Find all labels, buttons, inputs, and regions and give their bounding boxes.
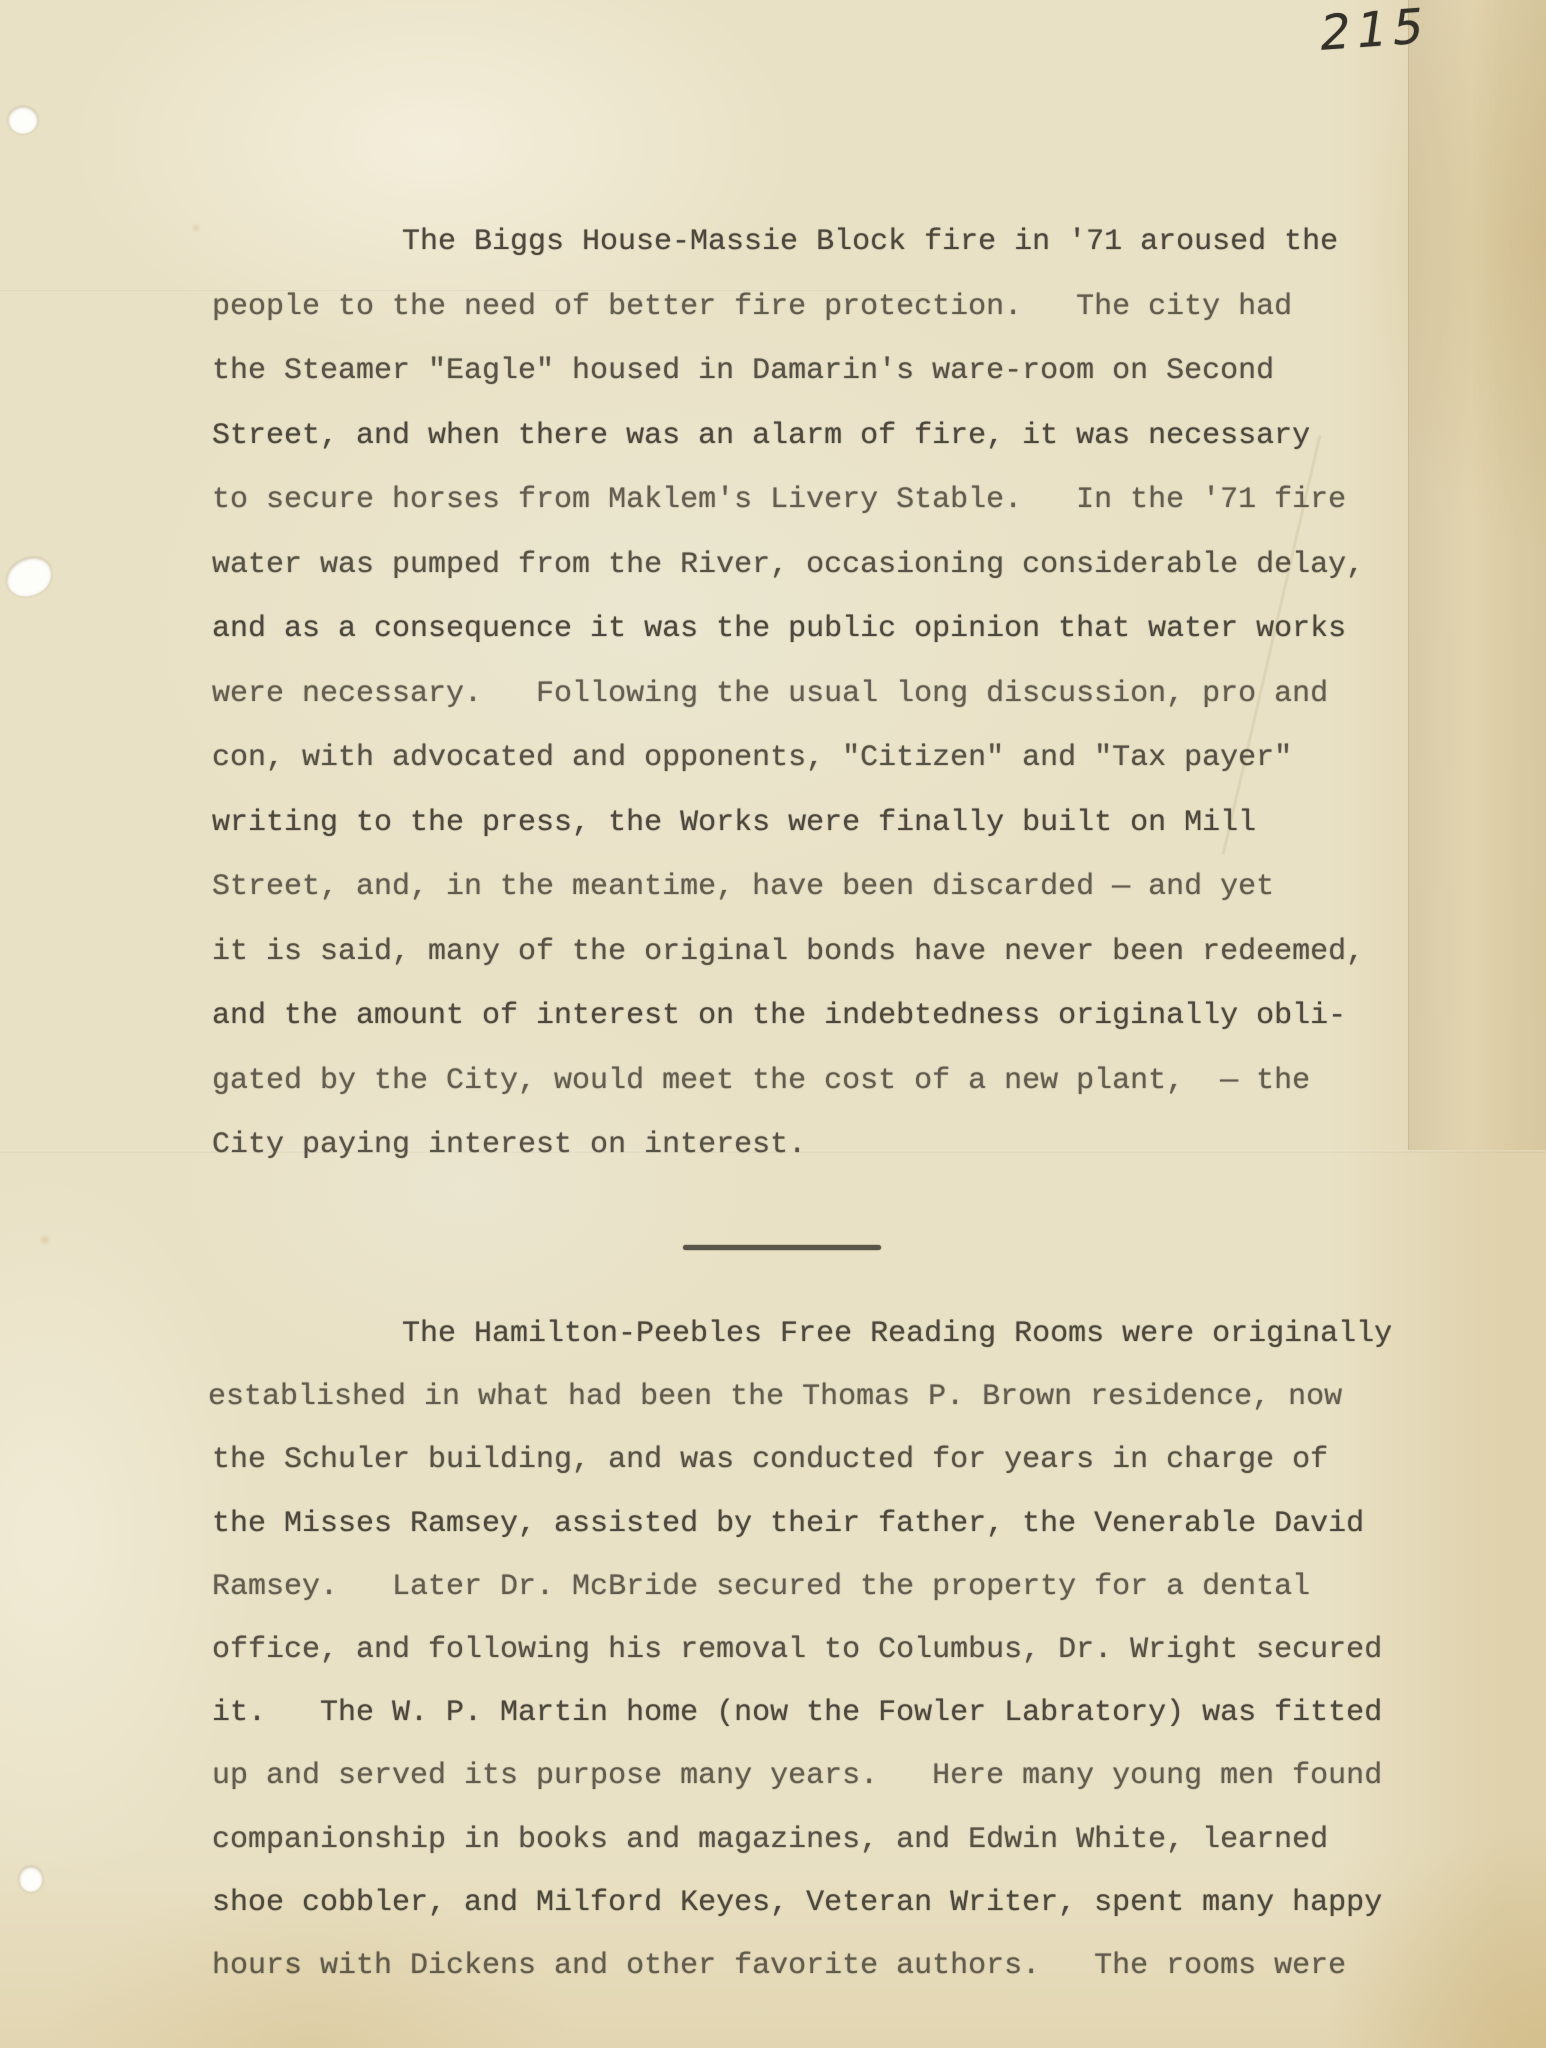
typewritten-line: Street, and when there was an alarm of f…	[212, 404, 1432, 469]
typewritten-line: to secure horses from Maklem's Livery St…	[212, 468, 1432, 533]
typewritten-line: The Biggs House-Massie Block fire in '71…	[212, 210, 1432, 275]
punch-hole-bottom	[19, 1866, 43, 1892]
typewritten-line: Street, and, in the meantime, have been …	[212, 855, 1432, 920]
typewritten-line: shoe cobbler, and Milford Keyes, Veteran…	[212, 1872, 1432, 1935]
scanned-typewritten-page: { "document": { "page_number": "215", "p…	[0, 0, 1546, 2048]
typewritten-line: hours with Dickens and other favorite au…	[212, 1935, 1432, 1998]
typewritten-line: it. The W. P. Martin home (now the Fowle…	[212, 1682, 1432, 1745]
typewritten-line: the Schuler building, and was conducted …	[212, 1429, 1432, 1492]
paper-sheet: 215 The Biggs House-Massie Block fire in…	[0, 0, 1546, 2048]
typewritten-line: established in what had been the Thomas …	[208, 1366, 1432, 1429]
typewritten-line: Ramsey. Later Dr. McBride secured the pr…	[212, 1556, 1432, 1619]
typewritten-line: and the amount of interest on the indebt…	[212, 984, 1432, 1049]
typewritten-line: people to the need of better fire protec…	[212, 275, 1432, 340]
typed-divider-rule	[683, 1245, 881, 1250]
typewritten-line: companionship in books and magazines, an…	[212, 1809, 1432, 1872]
typewritten-line: up and served its purpose many years. He…	[212, 1745, 1432, 1808]
typewritten-line: con, with advocated and opponents, "Citi…	[212, 726, 1432, 791]
typewritten-line: City paying interest on interest.	[212, 1113, 1432, 1178]
typewritten-line: water was pumped from the River, occasio…	[212, 533, 1432, 598]
typewritten-line: the Misses Ramsey, assisted by their fat…	[212, 1493, 1432, 1556]
paragraph-fire-waterworks: The Biggs House-Massie Block fire in '71…	[212, 210, 1432, 1178]
typewritten-line: the Steamer "Eagle" housed in Damarin's …	[212, 339, 1432, 404]
typewritten-line: were necessary. Following the usual long…	[212, 662, 1432, 727]
paragraph-reading-rooms: The Hamilton-Peebles Free Reading Rooms …	[212, 1303, 1432, 1998]
typewritten-line: writing to the press, the Works were fin…	[212, 791, 1432, 856]
typewritten-line: gated by the City, would meet the cost o…	[212, 1049, 1432, 1114]
handwritten-page-number: 215	[1316, 0, 1433, 62]
typewritten-line: office, and following his removal to Col…	[212, 1619, 1432, 1682]
punch-hole-top	[8, 106, 38, 134]
typewritten-line: and as a consequence it was the public o…	[212, 597, 1432, 662]
typewritten-line: it is said, many of the original bonds h…	[212, 920, 1432, 985]
typewritten-line: The Hamilton-Peebles Free Reading Rooms …	[212, 1303, 1432, 1366]
